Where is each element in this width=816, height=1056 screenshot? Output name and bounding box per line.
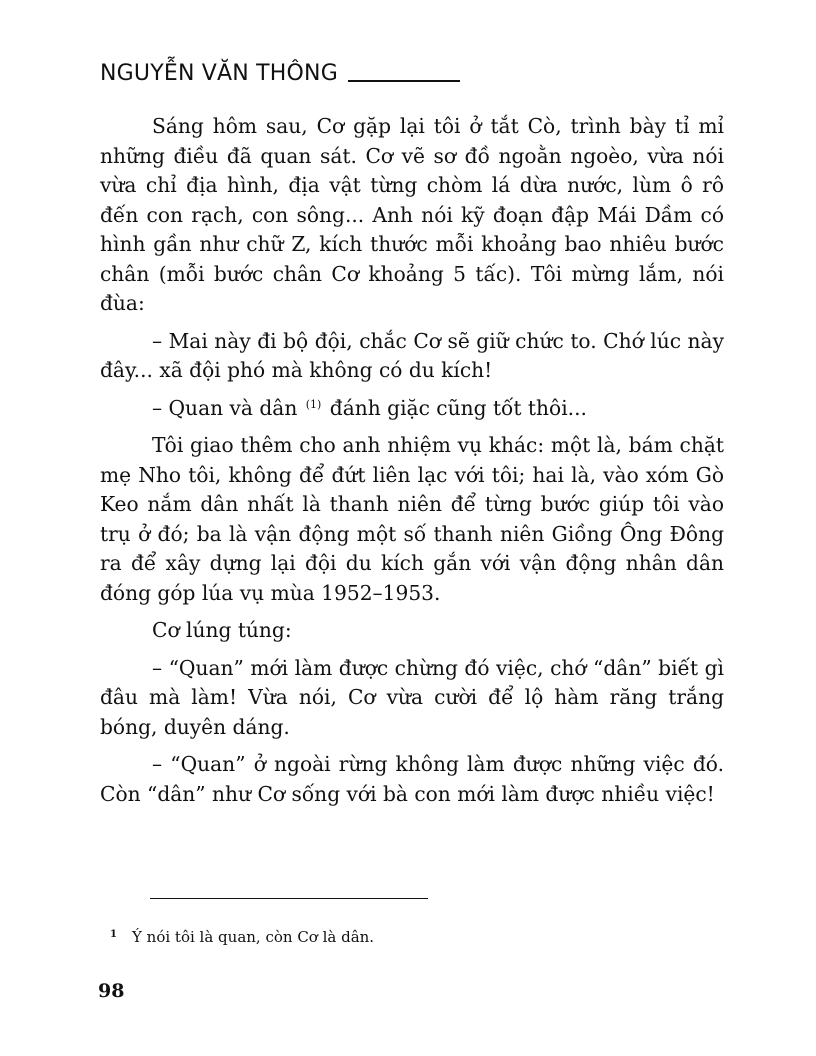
footnote-reference[interactable]: (1) bbox=[306, 398, 322, 411]
paragraph: – Mai này đi bộ đội, chắc Cơ sẽ giữ chức… bbox=[100, 327, 724, 386]
paragraph: Tôi giao thêm cho anh nhiệm vụ khác: một… bbox=[100, 431, 724, 608]
paragraph: – “Quan” ở ngoài rừng không làm được nhữ… bbox=[100, 750, 724, 809]
paragraph: Sáng hôm sau, Cơ gặp lại tôi ở tắt Cò, t… bbox=[100, 112, 724, 319]
footnote-text: Ý nói tôi là quan, còn Cơ là dân. bbox=[132, 928, 374, 946]
running-header: NGUYỄN VĂN THÔNG bbox=[100, 56, 460, 86]
footnote-divider bbox=[150, 898, 428, 899]
running-title: NGUYỄN VĂN THÔNG bbox=[100, 61, 338, 86]
footnote-mark: 1 bbox=[110, 929, 132, 940]
page-number: 98 bbox=[98, 980, 124, 1002]
header-rule bbox=[348, 80, 460, 82]
paragraph-text: đánh giặc cũng tốt thôi... bbox=[323, 396, 587, 420]
paragraph: Cơ lúng túng: bbox=[100, 616, 724, 646]
paragraph: – “Quan” mới làm được chừng đó việc, chớ… bbox=[100, 654, 724, 743]
footnote: 1 Ý nói tôi là quan, còn Cơ là dân. bbox=[110, 928, 374, 946]
body-text: Sáng hôm sau, Cơ gặp lại tôi ở tắt Cò, t… bbox=[100, 112, 724, 817]
paragraph-text: – Quan và dân bbox=[152, 396, 304, 420]
paragraph-with-footnote: – Quan và dân (1) đánh giặc cũng tốt thô… bbox=[100, 394, 724, 424]
